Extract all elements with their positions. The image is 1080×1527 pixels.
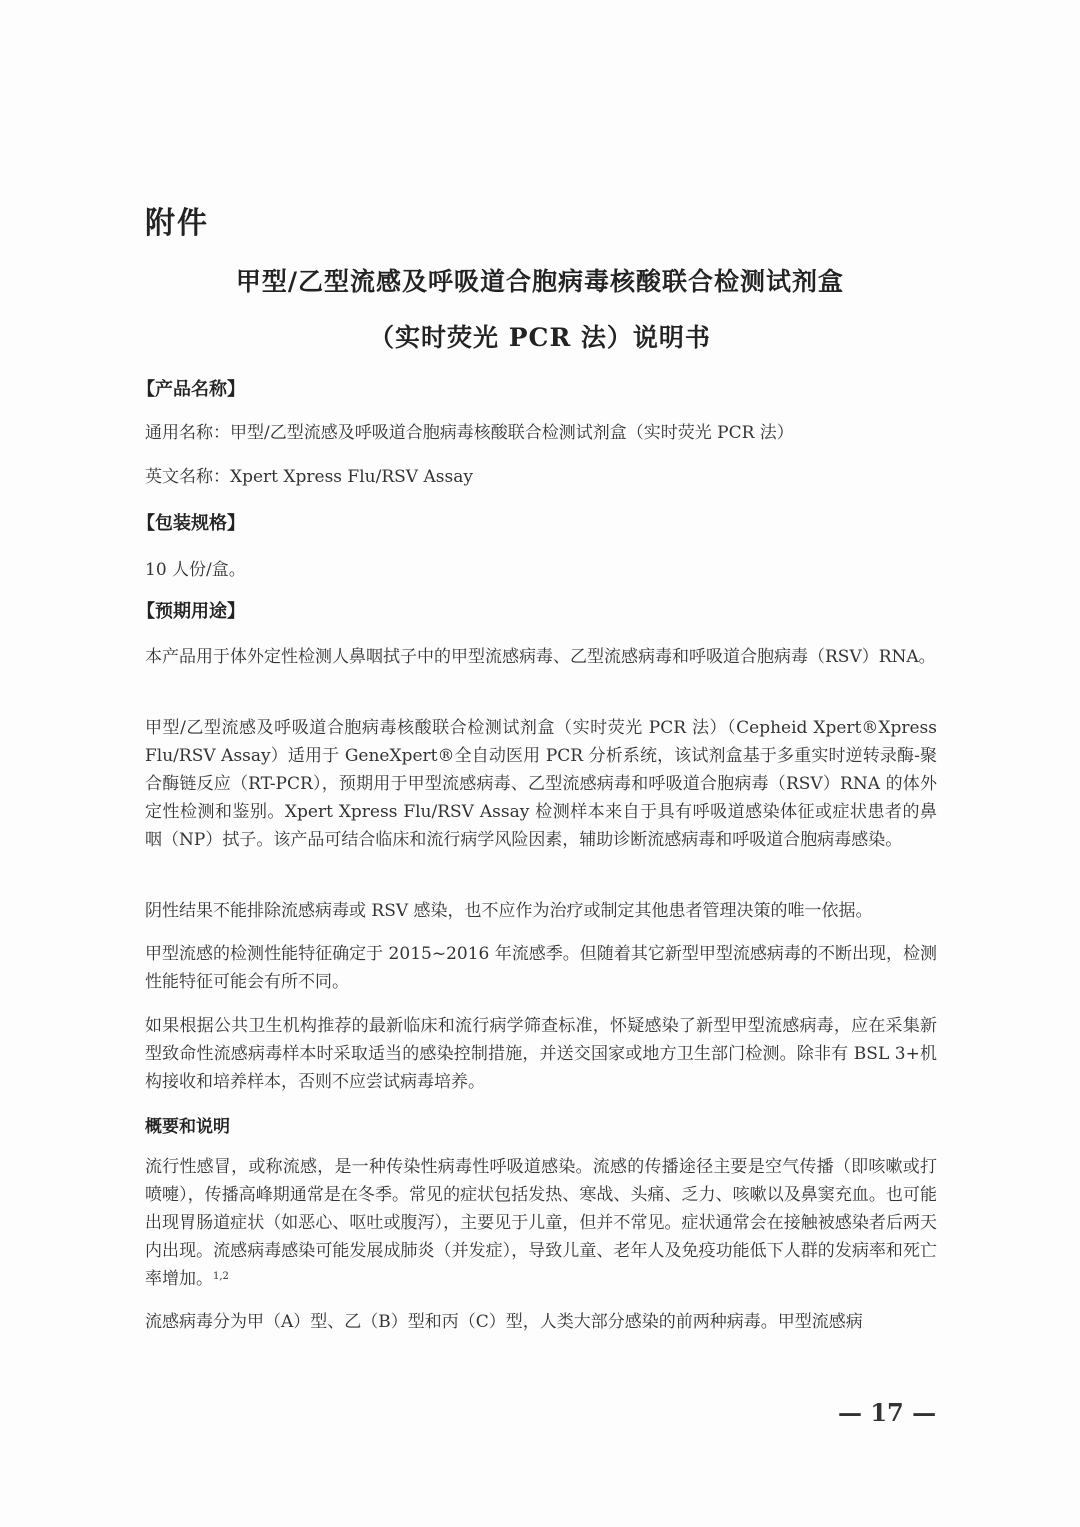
document-title-line2: （实时荧光 PCR 法）说明书 — [0, 318, 1080, 354]
packaging-text: 10 人份/盒。 — [145, 556, 937, 584]
summary-paragraph: 流感病毒分为甲（A）型、乙（B）型和丙（C）型，人类大部分感染的前两种病毒。甲型… — [145, 1308, 937, 1336]
section-heading-packaging: 【包装规格】 — [137, 509, 245, 535]
section-heading-summary: 概要和说明 — [145, 1112, 230, 1137]
intended-use-paragraph: 甲型流感的检测性能特征确定于 2015~2016 年流感季。但随着其它新型甲型流… — [145, 940, 937, 996]
generic-name: 通用名称：甲型/乙型流感及呼吸道合胞病毒核酸联合检测试剂盒（实时荧光 PCR 法… — [145, 419, 937, 447]
intended-use-paragraph: 本产品用于体外定性检测人鼻咽拭子中的甲型流感病毒、乙型流感病毒和呼吸道合胞病毒（… — [145, 643, 937, 671]
page-number: — 17 — — [838, 1398, 936, 1427]
attachment-label: 附件 — [145, 198, 209, 242]
summary-paragraph-text: 流行性感冒，或称流感，是一种传染性病毒性呼吸道感染。流感的传播途径主要是空气传播… — [145, 1157, 937, 1289]
section-heading-intended-use: 【预期用途】 — [137, 597, 245, 623]
reference-superscript: 1,2 — [213, 1271, 229, 1282]
summary-paragraph: 流行性感冒，或称流感，是一种传染性病毒性呼吸道感染。流感的传播途径主要是空气传播… — [145, 1153, 937, 1293]
intended-use-paragraph: 如果根据公共卫生机构推荐的最新临床和流行病学筛查标准，怀疑感染了新型甲型流感病毒… — [145, 1012, 937, 1096]
document-title-line1: 甲型/乙型流感及呼吸道合胞病毒核酸联合检测试剂盒 — [0, 262, 1080, 298]
english-name: 英文名称：Xpert Xpress Flu/RSV Assay — [145, 463, 937, 491]
intended-use-paragraph: 阴性结果不能排除流感病毒或 RSV 感染，也不应作为治疗或制定其他患者管理决策的… — [145, 897, 937, 925]
intended-use-paragraph: 甲型/乙型流感及呼吸道合胞病毒核酸联合检测试剂盒（实时荧光 PCR 法）（Cep… — [145, 714, 937, 854]
section-heading-product-name: 【产品名称】 — [137, 375, 245, 401]
document-page: 附件 甲型/乙型流感及呼吸道合胞病毒核酸联合检测试剂盒 （实时荧光 PCR 法）… — [0, 0, 1080, 1527]
